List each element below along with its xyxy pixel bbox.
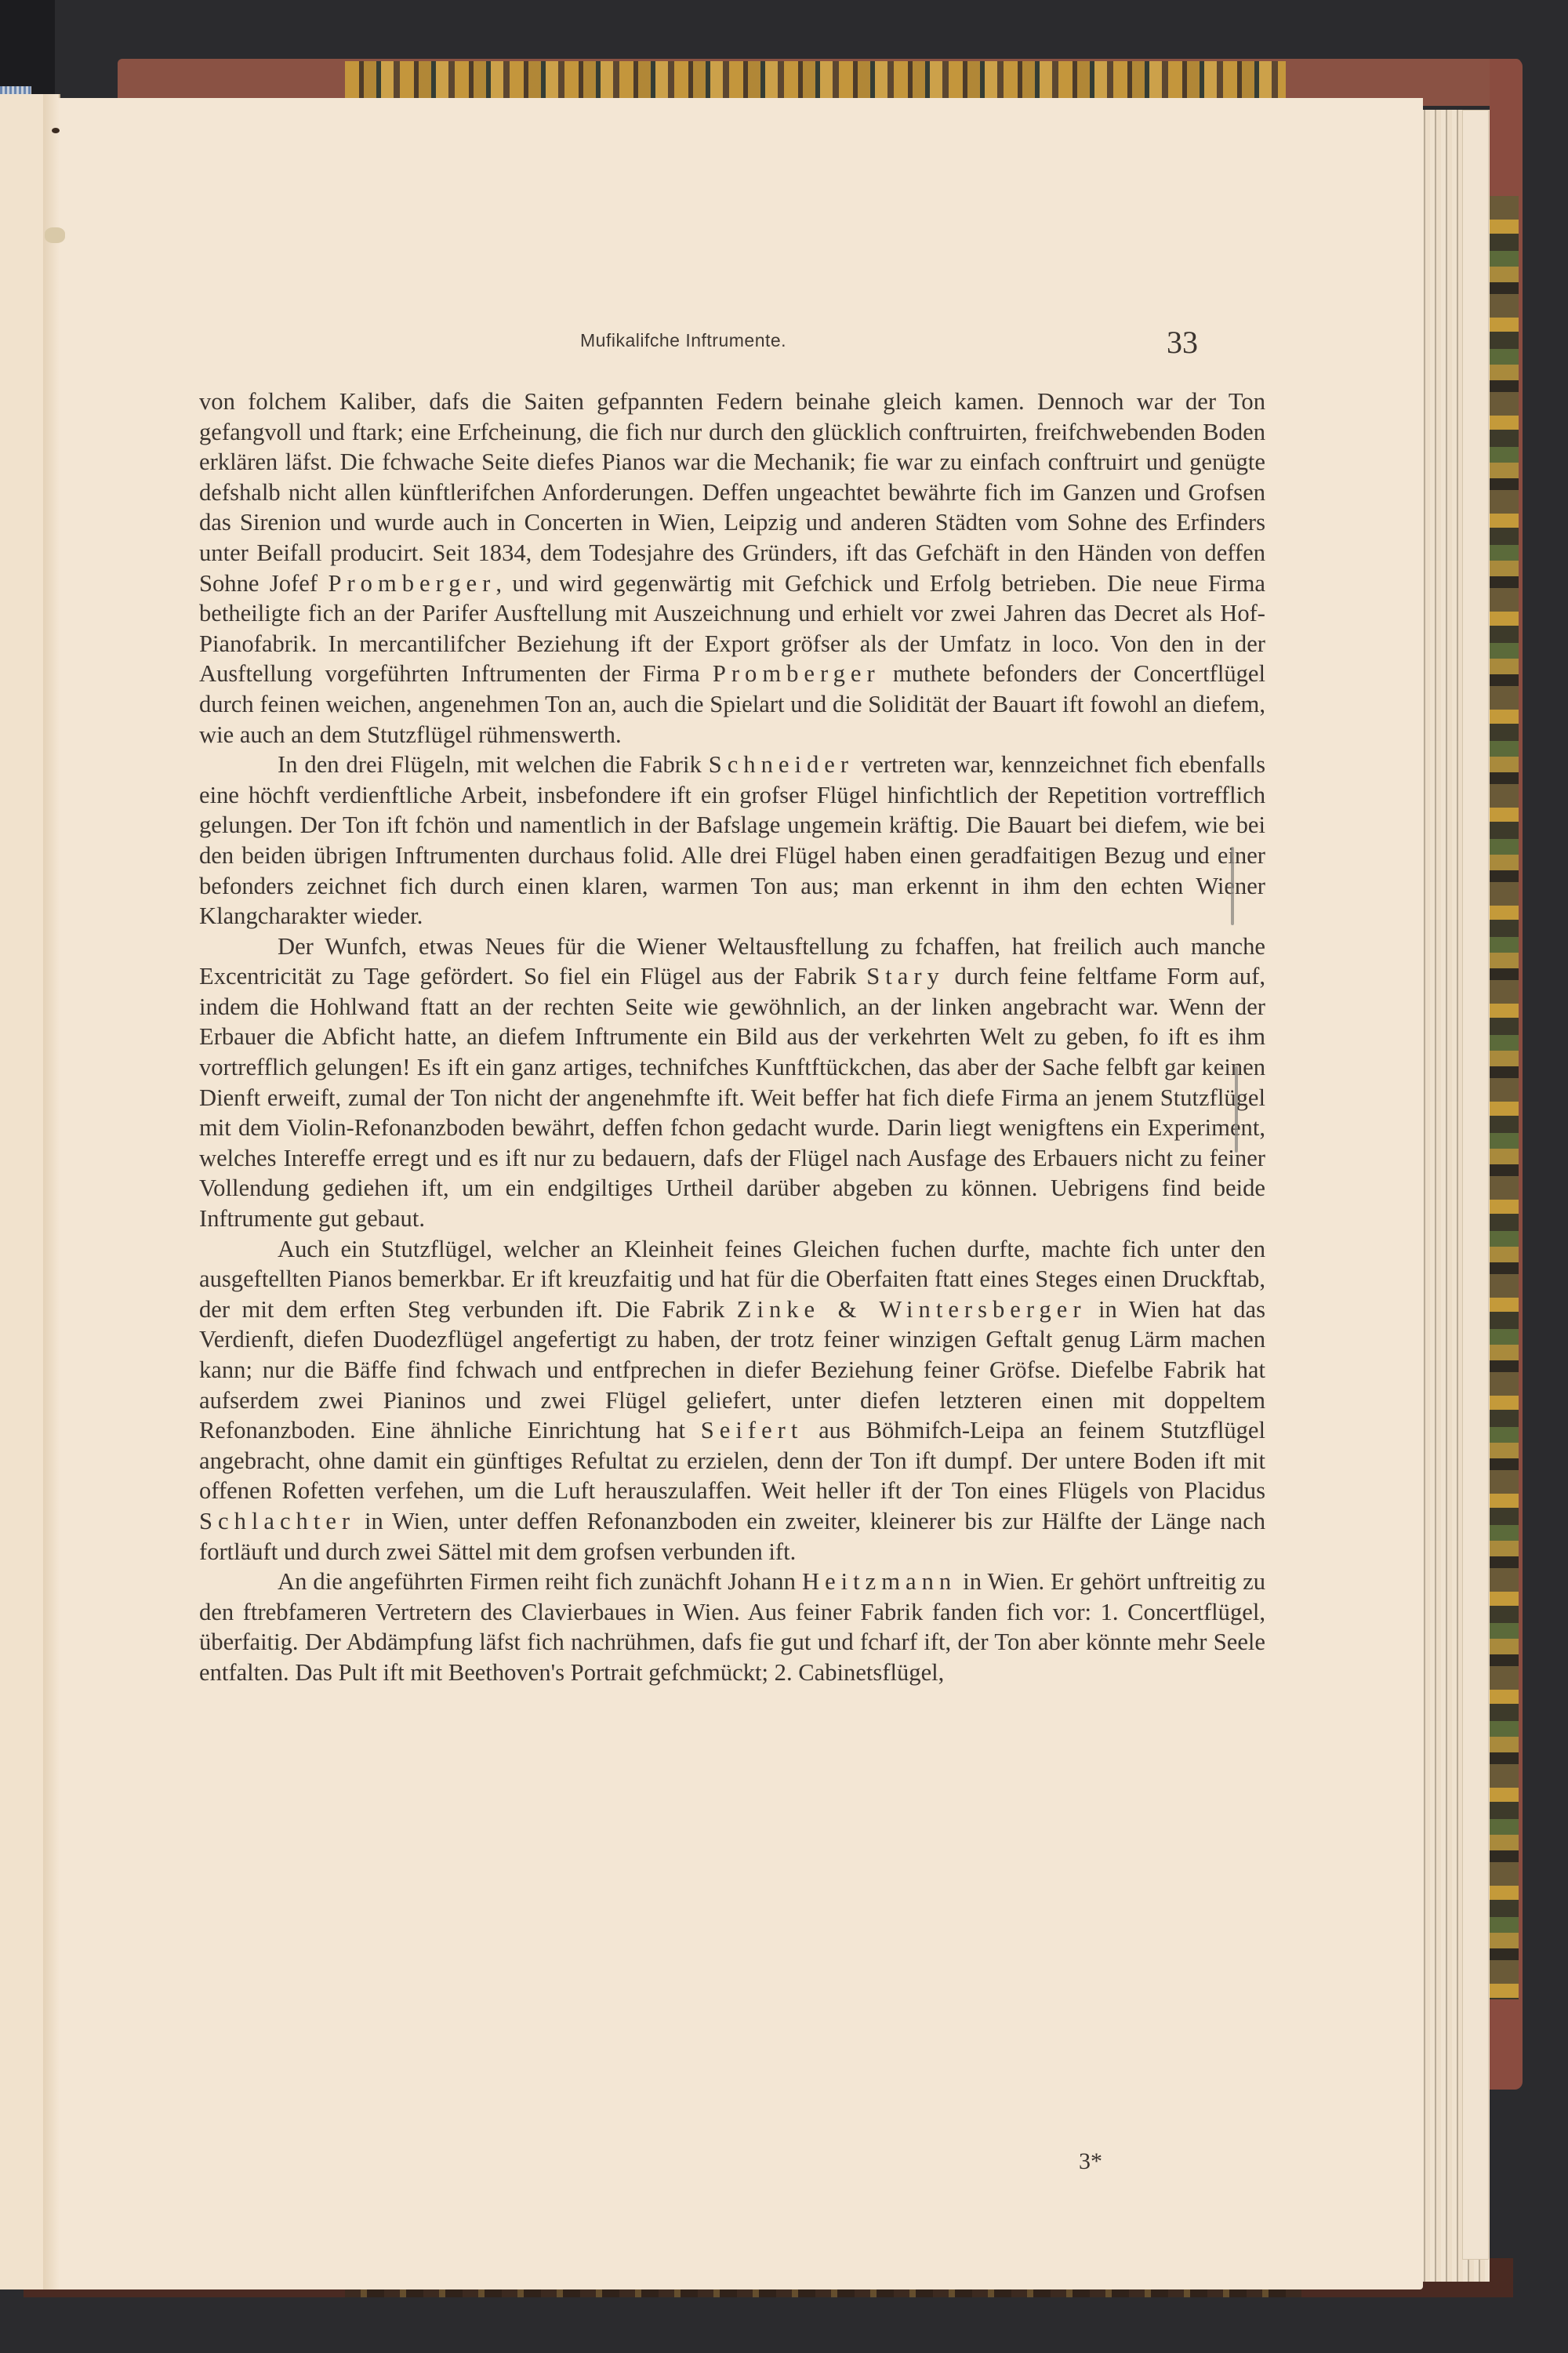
- body-text: von folchem Kaliber, dafs die Saiten gef…: [199, 387, 1265, 1688]
- text-segment: von folchem Kaliber, dafs die Saiten gef…: [199, 388, 1265, 597]
- text-segment: durch feine feltfame Form auf, indem die…: [199, 963, 1265, 1232]
- text-segment: In den drei Flügeln, mit welchen die Fab…: [278, 751, 709, 778]
- text-segment: vertreten war, kennzeichnet fich ebenfal…: [199, 751, 1265, 929]
- firm-name-spaced: Schneider: [709, 751, 854, 778]
- text-segment: An die angeführten Firmen reiht fich zun…: [278, 1568, 802, 1595]
- sewing-hole: [52, 128, 60, 133]
- spine-gutter: [43, 94, 59, 2289]
- marbled-board-right: [1486, 196, 1519, 1999]
- firm-name-spaced: Heitzmann: [802, 1568, 956, 1595]
- firm-name-spaced: Zinke & Wintersberger: [737, 1296, 1087, 1323]
- paragraph: An die angeführten Firmen reiht fich zun…: [199, 1567, 1265, 1687]
- sewing-knot: [45, 227, 65, 243]
- firm-name-spaced: Promberger: [713, 660, 880, 687]
- pencil-margin-mark: [1235, 1066, 1238, 1153]
- firm-name-spaced: Seifert: [701, 1417, 804, 1443]
- running-head: Mufikalifche Inftrumente. 33: [59, 330, 1423, 361]
- book-page: Mufikalifche Inftrumente. 33 von folchem…: [59, 98, 1423, 2289]
- signature-mark: 3*: [1079, 2148, 1102, 2175]
- firm-name-spaced: Stary: [866, 963, 945, 989]
- page-flap: [1462, 110, 1489, 2260]
- paragraph: Auch ein Stutzflügel, welcher an Kleinhe…: [199, 1234, 1265, 1567]
- firm-name-spaced: Promberger: [328, 570, 495, 597]
- firm-name-spaced: Schlachter: [199, 1508, 355, 1534]
- backdrop-corner: [0, 0, 55, 94]
- page-number: 33: [1167, 324, 1198, 361]
- paragraph: von folchem Kaliber, dafs die Saiten gef…: [199, 387, 1265, 750]
- paragraph: In den drei Flügeln, mit welchen die Fab…: [199, 750, 1265, 931]
- paragraph: Der Wunfch, etwas Neues für die Wiener W…: [199, 931, 1265, 1234]
- text-segment: in Wien, unter deffen Refonanzboden ein …: [199, 1508, 1265, 1565]
- running-head-title: Mufikalifche Inftrumente.: [580, 330, 786, 351]
- marbled-board-top: [345, 61, 1286, 102]
- pencil-margin-mark: [1231, 847, 1234, 925]
